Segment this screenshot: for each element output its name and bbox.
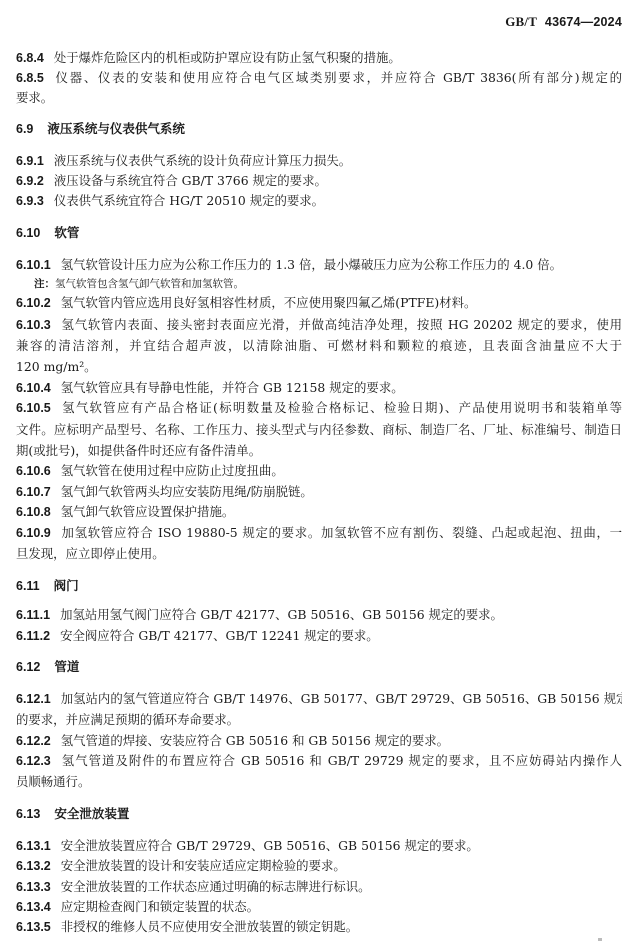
clause-continuation: 120 mg/m²。 xyxy=(16,357,622,377)
clause-number: 6.13.3 xyxy=(16,877,51,897)
clause-text: 应定期检查阀门和锁定装置的状态。 xyxy=(61,899,259,914)
clause-number: 6.11.1 xyxy=(16,605,50,625)
clause-number: 6.12.2 xyxy=(16,731,51,751)
clause-number: 6.10.2 xyxy=(16,293,51,313)
section-number: 6.10 xyxy=(16,223,40,243)
clause-text: 安全泄放装置的设计和安装应适应定期检验的要求。 xyxy=(61,858,346,873)
section-number: 6.11 xyxy=(16,576,40,596)
clause-number: 6.9.3 xyxy=(16,191,44,211)
clause-text: 氢气卸气软管两头均应安装防甩绳/防崩脱链。 xyxy=(61,484,313,499)
clause-text: 加氢软管应符合 ISO 19880-5 规定的要求。加氢软管不应有割伤、裂缝、凸… xyxy=(61,525,622,540)
clause-text: 安全泄放装置应符合 GB/T 29729、GB 50516、GB 50156 规… xyxy=(61,838,479,853)
clause-continuation: 期(或批号)，如提供备件时还应有备件清单。 xyxy=(16,441,622,461)
clause-text: 氢气软管包含氢气卸气软管和加氢软管。 xyxy=(55,278,244,290)
clause-text: 旦发现，应立即停止使用。 xyxy=(16,546,165,561)
section-heading: 6.13安全泄放装置 xyxy=(16,804,622,824)
note-label: 注： xyxy=(34,278,55,290)
page-number-mark xyxy=(598,938,602,941)
section-title: 管道 xyxy=(54,659,79,674)
clause-text: 氢气软管在使用过程中应防止过度扭曲。 xyxy=(61,463,284,478)
clause-text: 要求。 xyxy=(16,90,53,105)
clause-line: 6.12.1加氢站内的氢气管道应符合 GB/T 14976、GB 50177、G… xyxy=(16,689,622,709)
clause-continuation: 旦发现，应立即停止使用。 xyxy=(16,544,622,564)
note-line: 注：氢气软管包含氢气卸气软管和加氢软管。 xyxy=(34,274,640,294)
section-number: 6.9 xyxy=(16,119,33,139)
clause-text: 120 mg/m²。 xyxy=(16,359,97,374)
clause-continuation: 要求。 xyxy=(16,88,622,108)
clause-text: 加氢站内的氢气管道应符合 GB/T 14976、GB 50177、GB/T 29… xyxy=(61,691,622,706)
clause-line: 6.10.4氢气软管应具有导静电性能，并符合 GB 12158 规定的要求。 xyxy=(16,378,622,398)
clause-number: 6.13.2 xyxy=(16,856,51,876)
section-number: 6.13 xyxy=(16,804,40,824)
clause-text: 加氢站用氢气阀门应符合 GB/T 42177、GB 50516、GB 50156… xyxy=(60,607,503,622)
clause-line: 6.11.1加氢站用氢气阀门应符合 GB/T 42177、GB 50516、GB… xyxy=(16,605,622,625)
clause-text: 文件。应标明产品型号、名称、工作压力、接头型式与内径参数、商标、制造厂名、厂址、… xyxy=(16,422,622,437)
clause-line: 6.13.5非授权的维修人员不应使用安全泄放装置的锁定钥匙。 xyxy=(16,917,622,937)
clause-number: 6.12.1 xyxy=(16,689,51,709)
clause-number: 6.10.5 xyxy=(16,398,51,418)
section-title: 软管 xyxy=(54,225,79,240)
clause-line: 6.10.2氢气软管内管应选用良好氢相容性材质，不应使用聚四氟乙烯(PTFE)材… xyxy=(16,293,622,313)
clause-continuation: 兼容的清洁溶剂，并宜结合超声波，以清除油脂、可燃材料和颗粒的痕迹，且表面含油量应… xyxy=(16,336,622,356)
document-header: GB/T 43674—2024 xyxy=(505,14,622,30)
clause-line: 6.12.2氢气管道的焊接、安装应符合 GB 50516 和 GB 50156 … xyxy=(16,731,622,751)
clause-line: 6.10.9加氢软管应符合 ISO 19880-5 规定的要求。加氢软管不应有割… xyxy=(16,523,622,543)
section-heading: 6.12管道 xyxy=(16,657,622,677)
standard-number: 43674—2024 xyxy=(545,15,622,29)
clause-text: 非授权的维修人员不应使用安全泄放装置的锁定钥匙。 xyxy=(61,919,358,934)
clause-line: 6.10.3氢气软管内表面、接头密封表面应光滑，并做高纯洁净处理，按照 HG 2… xyxy=(16,315,622,335)
section-title: 液压系统与仪表供气系统 xyxy=(47,121,185,136)
clause-line: 6.12.3氢气管道及附件的布置应符合 GB 50516 和 GB/T 2972… xyxy=(16,751,622,771)
clause-line: 6.9.1液压系统与仪表供气系统的设计负荷应计算压力损失。 xyxy=(16,151,622,171)
clause-line: 6.8.4处于爆炸危险区内的机柜或防护罩应设有防止氢气积聚的措施。 xyxy=(16,48,622,68)
clause-text: 氢气软管内管应选用良好氢相容性材质，不应使用聚四氟乙烯(PTFE)材料。 xyxy=(61,295,477,310)
clause-number: 6.10.6 xyxy=(16,461,51,481)
clause-text: 期(或批号)，如提供备件时还应有备件清单。 xyxy=(16,443,261,458)
clause-text: 氢气卸气软管应设置保护措施。 xyxy=(61,504,234,519)
clause-text: 氢气软管设计压力应为公称工作压力的 1.3 倍，最小爆破压力应为公称工作压力的 … xyxy=(61,257,562,272)
clause-number: 6.10.1 xyxy=(16,255,51,275)
clause-text: 仪表供气系统宜符合 HG/T 20510 规定的要求。 xyxy=(54,193,324,208)
clause-number: 6.10.4 xyxy=(16,378,51,398)
section-heading: 6.11阀门 xyxy=(16,576,622,596)
section-number: 6.12 xyxy=(16,657,40,677)
clause-text: 氢气软管应具有导静电性能，并符合 GB 12158 规定的要求。 xyxy=(61,380,404,395)
clause-text: 的要求，并应满足预期的循环寿命要求。 xyxy=(16,712,239,727)
clause-number: 6.8.4 xyxy=(16,48,44,68)
clause-line: 6.13.2安全泄放装置的设计和安装应适应定期检验的要求。 xyxy=(16,856,622,876)
clause-number: 6.10.8 xyxy=(16,502,51,522)
section-title: 阀门 xyxy=(54,578,79,593)
clause-line: 6.13.4应定期检查阀门和锁定装置的状态。 xyxy=(16,897,622,917)
clause-number: 6.13.4 xyxy=(16,897,51,917)
clause-number: 6.13.5 xyxy=(16,917,51,937)
clause-line: 6.9.3仪表供气系统宜符合 HG/T 20510 规定的要求。 xyxy=(16,191,622,211)
clause-text: 处于爆炸危险区内的机柜或防护罩应设有防止氢气积聚的措施。 xyxy=(54,50,401,65)
clause-number: 6.9.1 xyxy=(16,151,44,171)
clause-number: 6.9.2 xyxy=(16,171,44,191)
clause-continuation: 文件。应标明产品型号、名称、工作压力、接头型式与内径参数、商标、制造厂名、厂址、… xyxy=(16,420,622,440)
clause-number: 6.11.2 xyxy=(16,626,50,646)
clause-text: 氢气软管内表面、接头密封表面应光滑，并做高纯洁净处理，按照 HG 20202 规… xyxy=(61,317,622,332)
clause-line: 6.10.5氢气软管应有产品合格证(标明数量及检验合格标记、检验日期)、产品使用… xyxy=(16,398,622,418)
clause-text: 氢气软管应有产品合格证(标明数量及检验合格标记、检验日期)、产品使用说明书和装箱… xyxy=(61,400,622,415)
clause-line: 6.8.5仪器、仪表的安装和使用应符合电气区域类别要求，并应符合 GB/T 38… xyxy=(16,68,622,88)
clause-number: 6.10.7 xyxy=(16,482,51,502)
clause-line: 6.13.1安全泄放装置应符合 GB/T 29729、GB 50516、GB 5… xyxy=(16,836,622,856)
clause-number: 6.13.1 xyxy=(16,836,51,856)
clause-text: 兼容的清洁溶剂，并宜结合超声波，以清除油脂、可燃材料和颗粒的痕迹，且表面含油量应… xyxy=(16,338,622,353)
clause-line: 6.9.2液压设备与系统宜符合 GB/T 3766 规定的要求。 xyxy=(16,171,622,191)
clause-number: 6.8.5 xyxy=(16,68,44,88)
clause-line: 6.10.6氢气软管在使用过程中应防止过度扭曲。 xyxy=(16,461,622,481)
section-heading: 6.9液压系统与仪表供气系统 xyxy=(16,119,622,139)
clause-line: 6.13.3安全泄放装置的工作状态应通过明确的标志牌进行标识。 xyxy=(16,877,622,897)
clause-text: 液压系统与仪表供气系统的设计负荷应计算压力损失。 xyxy=(54,153,351,168)
section-heading: 6.10软管 xyxy=(16,223,622,243)
clause-line: 6.10.1氢气软管设计压力应为公称工作压力的 1.3 倍，最小爆破压力应为公称… xyxy=(16,255,622,275)
standard-prefix: GB/T xyxy=(505,14,537,29)
clause-text: 仪器、仪表的安装和使用应符合电气区域类别要求，并应符合 GB/T 3836(所有… xyxy=(54,70,622,85)
clause-text: 员顺畅通行。 xyxy=(16,774,90,789)
clause-text: 液压设备与系统宜符合 GB/T 3766 规定的要求。 xyxy=(54,173,327,188)
clause-number: 6.10.9 xyxy=(16,523,51,543)
clause-line: 6.11.2安全阀应符合 GB/T 42177、GB/T 12241 规定的要求… xyxy=(16,626,622,646)
section-title: 安全泄放装置 xyxy=(54,806,129,821)
clause-continuation: 的要求，并应满足预期的循环寿命要求。 xyxy=(16,710,622,730)
clause-line: 6.10.8氢气卸气软管应设置保护措施。 xyxy=(16,502,622,522)
clause-continuation: 员顺畅通行。 xyxy=(16,772,622,792)
clause-text: 氢气管道的焊接、安装应符合 GB 50516 和 GB 50156 规定的要求。 xyxy=(61,733,449,748)
clause-number: 6.10.3 xyxy=(16,315,51,335)
clause-text: 安全阀应符合 GB/T 42177、GB/T 12241 规定的要求。 xyxy=(60,628,379,643)
clause-line: 6.10.7氢气卸气软管两头均应安装防甩绳/防崩脱链。 xyxy=(16,482,622,502)
clause-number: 6.12.3 xyxy=(16,751,51,771)
clause-text: 安全泄放装置的工作状态应通过明确的标志牌进行标识。 xyxy=(61,879,371,894)
clause-text: 氢气管道及附件的布置应符合 GB 50516 和 GB/T 29729 规定的要… xyxy=(61,753,622,768)
